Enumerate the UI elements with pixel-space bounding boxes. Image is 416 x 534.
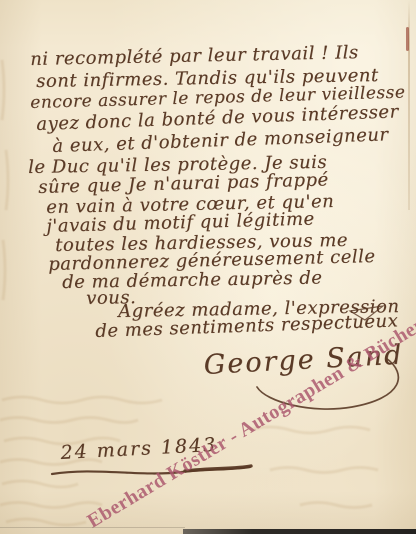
dealer-watermark: Eberhard Köstler - Autographen & Bücher [79,311,416,534]
letter-scan: ni recomplété par leur travail ! Ils son… [0,0,416,534]
scan-edge-shadow [183,529,416,534]
red-edge-mark [406,27,409,51]
scan-edge-line [0,527,185,528]
